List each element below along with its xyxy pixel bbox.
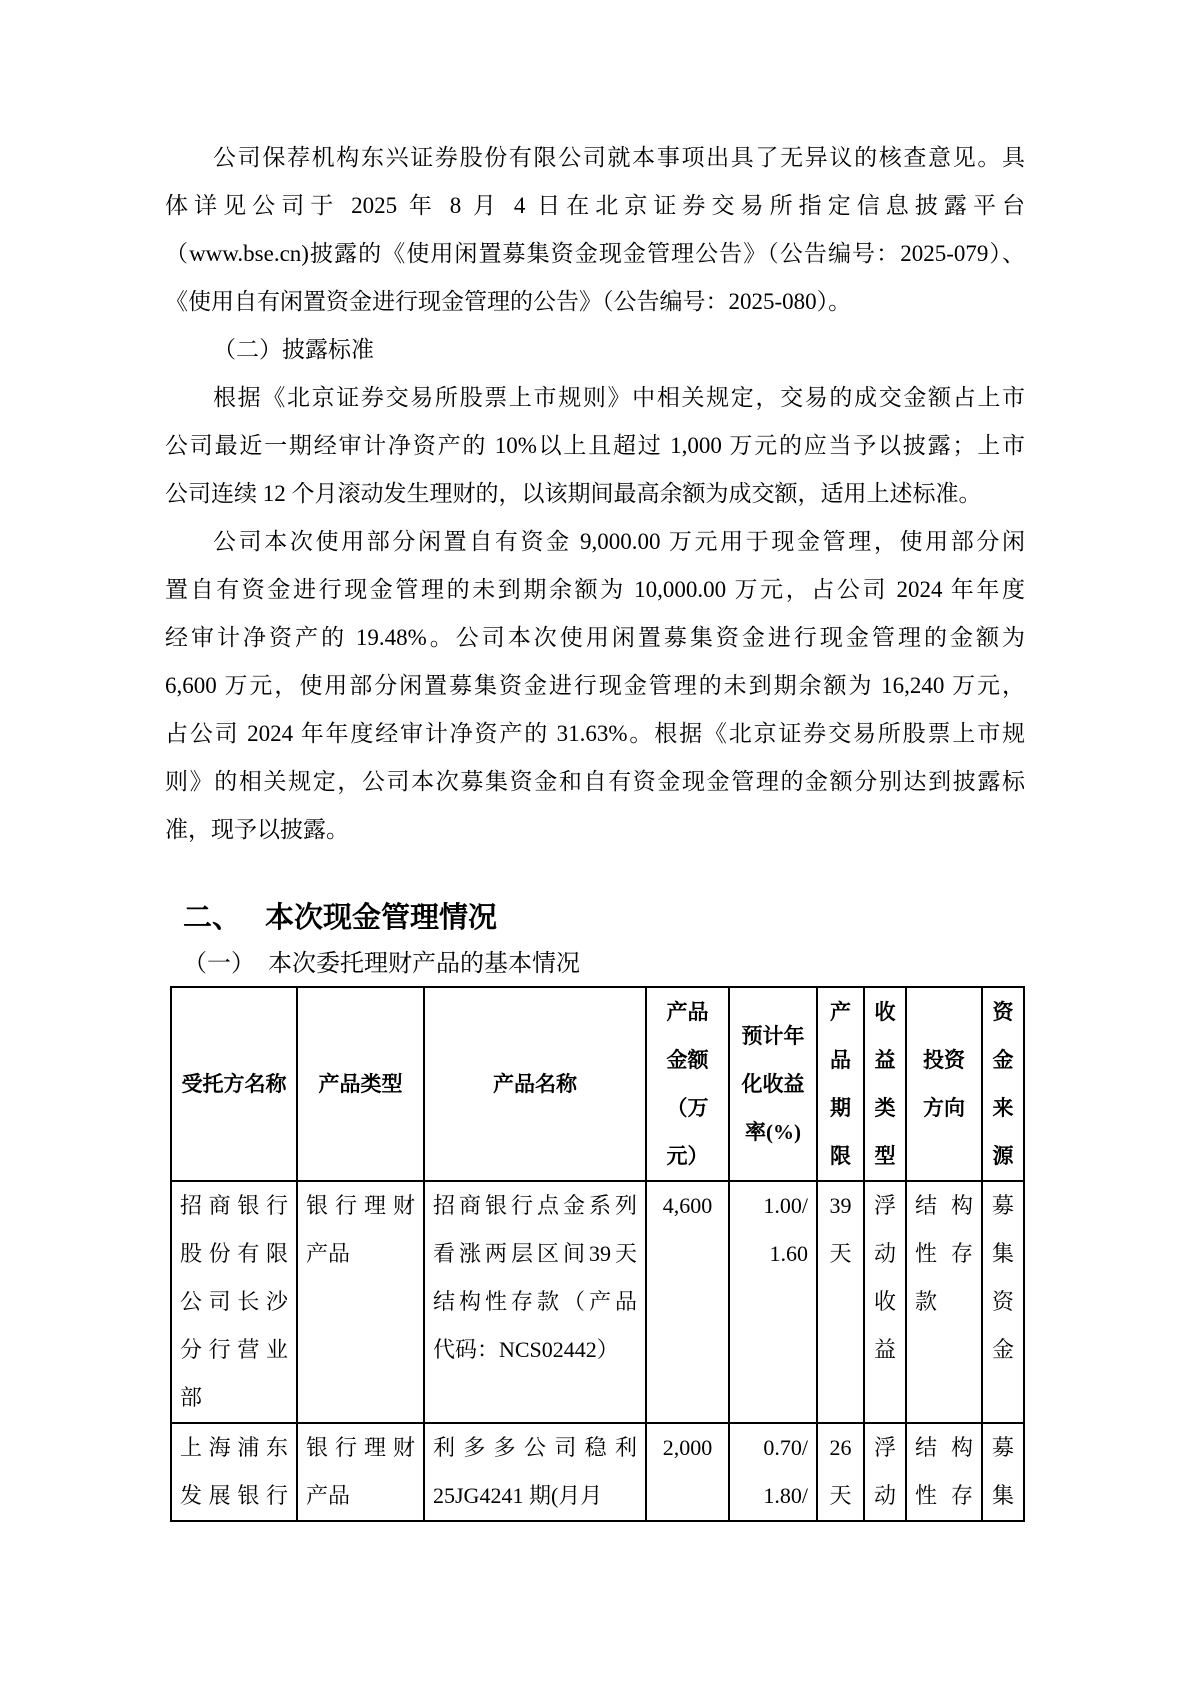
cell-product-name: 利多多公司稳利25JG4241 期(月月	[424, 1423, 646, 1521]
cell-line: 动	[873, 1472, 897, 1520]
cell-line: 性存	[915, 1230, 973, 1278]
cell-line: 招商银行点金系列	[433, 1182, 637, 1230]
cell-line: 产品	[655, 988, 720, 1036]
body-line: 《使用自有闲置资金进行现金管理的公告》（公告编号：2025-080）。	[165, 278, 1025, 326]
cell-line: （万	[655, 1084, 720, 1132]
cell-line: 看涨两层区间39天	[433, 1230, 637, 1278]
subsection-heading: （一）本次委托理财产品的基本情况	[165, 942, 1025, 986]
cell-income-type: 浮动	[864, 1423, 906, 1521]
cell-line: 天	[826, 1230, 855, 1278]
body-text: 公司保荐机构东兴证券股份有限公司就本事项出具了无异议的核查意见。具体详见公司于 …	[165, 134, 1025, 854]
col-header-income-type: 收益类型	[864, 987, 906, 1181]
cell-line: 集	[991, 1230, 1015, 1278]
col-header-investment-direction: 投资方向	[906, 987, 982, 1181]
cell-line: 投资	[915, 1036, 973, 1084]
col-header-product-type: 产品类型	[297, 987, 424, 1181]
cell-line: 预计年	[738, 1012, 808, 1060]
cell-line: 26	[826, 1424, 855, 1472]
cell-line: 上海浦东	[180, 1424, 288, 1472]
cell-line: 天	[826, 1472, 855, 1520]
cell-line: 1.00/	[738, 1182, 808, 1230]
cell-line: 39	[826, 1182, 855, 1230]
cell-income-type: 浮动收益	[864, 1181, 906, 1423]
subsection-number: （一）	[183, 951, 255, 977]
table-row: 上海浦东发展银行银行理财产品利多多公司稳利25JG4241 期(月月2,0000…	[171, 1423, 1024, 1521]
cell-line: 募	[991, 1182, 1015, 1230]
cell-line: 金	[991, 1036, 1015, 1084]
cell-line: 类	[873, 1084, 897, 1132]
col-header-term: 产品期限	[817, 987, 864, 1181]
cell-line: 产品	[306, 1230, 415, 1278]
body-line: 公司连续 12 个月滚动发生理财的，以该期间最高余额为成交额，适用上述标准。	[165, 470, 1025, 518]
wealth-products-table: 受托方名称产品类型产品名称产品金额（万元）预计年化收益率(%)产品期限收益类型投…	[170, 986, 1025, 1522]
cell-line: 结构性存款（产品	[433, 1278, 637, 1326]
page-content: 公司保荐机构东兴证券股份有限公司就本事项出具了无异议的核查意见。具体详见公司于 …	[165, 134, 1025, 1522]
section-title: 本次现金管理情况	[265, 902, 497, 934]
cell-line: 收	[873, 988, 897, 1036]
col-header-fund-source: 资金来源	[982, 987, 1024, 1181]
cell-amount: 4,600	[646, 1181, 729, 1423]
cell-line: 公司长沙	[180, 1278, 288, 1326]
body-line: 6,600 万元，使用部分闲置募集资金进行现金管理的未到期余额为 16,240 …	[165, 662, 1025, 710]
cell-line: 0.70/	[738, 1424, 808, 1472]
cell-line: 金额	[655, 1036, 720, 1084]
cell-amount: 2,000	[646, 1423, 729, 1521]
cell-fund-source: 募集	[982, 1423, 1024, 1521]
cell-line: 产	[826, 988, 855, 1036]
body-line: （二）披露标准	[165, 326, 1025, 374]
cell-line: 产品类型	[306, 1060, 415, 1108]
body-line: 公司本次使用部分闲置自有资金 9,000.00 万元用于现金管理，使用部分闲	[165, 518, 1025, 566]
cell-product-name: 招商银行点金系列看涨两层区间39天结构性存款（产品代码：NCS02442）	[424, 1181, 646, 1423]
subsection-title: 本次委托理财产品的基本情况	[268, 951, 580, 977]
cell-line: 募	[991, 1424, 1015, 1472]
cell-line: 股份有限	[180, 1230, 288, 1278]
cell-product-type: 银行理财产品	[297, 1423, 424, 1521]
cell-fund-source: 募集资金	[982, 1181, 1024, 1423]
cell-line: 款	[915, 1278, 973, 1326]
cell-line: 益	[873, 1326, 897, 1374]
cell-term: 26天	[817, 1423, 864, 1521]
cell-line: 结构	[915, 1182, 973, 1230]
cell-line: 银行理财	[306, 1182, 415, 1230]
cell-line: 品	[826, 1036, 855, 1084]
cell-line: 招商银行	[180, 1182, 288, 1230]
body-line: 占公司 2024 年年度经审计净资产的 31.63%。根据《北京证券交易所股票上…	[165, 710, 1025, 758]
cell-line: 收	[873, 1278, 897, 1326]
cell-line: 4,600	[655, 1182, 720, 1230]
cell-line: 利多多公司稳利	[433, 1424, 637, 1472]
cell-line: 金	[991, 1326, 1015, 1374]
cell-line: 银行理财	[306, 1424, 415, 1472]
cell-line: 2,000	[655, 1424, 720, 1472]
col-header-product-name: 产品名称	[424, 987, 646, 1181]
cell-line: 方向	[915, 1084, 973, 1132]
cell-line: 1.80/	[738, 1472, 808, 1520]
cell-product-type: 银行理财产品	[297, 1181, 424, 1423]
cell-line: 来	[991, 1084, 1015, 1132]
cell-expected-yield: 1.00/1.60	[729, 1181, 817, 1423]
cell-line: 限	[826, 1132, 855, 1180]
cell-line: 化收益	[738, 1060, 808, 1108]
cell-line: 结构	[915, 1424, 973, 1472]
cell-line: 产品	[306, 1472, 415, 1520]
body-line: 准，现予以披露。	[165, 806, 1025, 854]
body-line: 根据《北京证券交易所股票上市规则》中相关规定，交易的成交金额占上市	[165, 374, 1025, 422]
cell-line: 部	[180, 1374, 288, 1422]
cell-investment-direction: 结构性存	[906, 1423, 982, 1521]
document-page: 公司保荐机构东兴证券股份有限公司就本事项出具了无异议的核查意见。具体详见公司于 …	[0, 0, 1190, 1683]
cell-line: 期	[826, 1084, 855, 1132]
body-line: 则》的相关规定，公司本次募集资金和自有资金现金管理的金额分别达到披露标	[165, 758, 1025, 806]
cell-line: 性存	[915, 1472, 973, 1520]
body-line: 置自有资金进行现金管理的未到期余额为 10,000.00 万元，占公司 2024…	[165, 566, 1025, 614]
cell-line: 率(%)	[738, 1108, 808, 1156]
cell-expected-yield: 0.70/1.80/	[729, 1423, 817, 1521]
cell-investment-direction: 结构性存款	[906, 1181, 982, 1423]
cell-line: 浮	[873, 1182, 897, 1230]
cell-trustee: 招商银行股份有限公司长沙分行营业部	[171, 1181, 297, 1423]
table-header-row: 受托方名称产品类型产品名称产品金额（万元）预计年化收益率(%)产品期限收益类型投…	[171, 987, 1024, 1181]
col-header-trustee: 受托方名称	[171, 987, 297, 1181]
col-header-amount: 产品金额（万元）	[646, 987, 729, 1181]
body-line: （www.bse.cn)披露的《使用闲置募集资金现金管理公告》（公告编号：202…	[165, 230, 1025, 278]
cell-line: 资	[991, 1278, 1015, 1326]
cell-line: 益	[873, 1036, 897, 1084]
cell-line: 型	[873, 1132, 897, 1180]
cell-trustee: 上海浦东发展银行	[171, 1423, 297, 1521]
cell-line: 产品名称	[433, 1060, 637, 1108]
col-header-expected-yield: 预计年化收益率(%)	[729, 987, 817, 1181]
cell-line: 集	[991, 1472, 1015, 1520]
table-row: 招商银行股份有限公司长沙分行营业部银行理财产品招商银行点金系列看涨两层区间39天…	[171, 1181, 1024, 1423]
body-line: 公司保荐机构东兴证券股份有限公司就本事项出具了无异议的核查意见。具	[165, 134, 1025, 182]
cell-line: 源	[991, 1132, 1015, 1180]
body-line: 体详见公司于 2025 年 8 月 4 日在北京证券交易所指定信息披露平台	[165, 182, 1025, 230]
section-heading: 二、本次现金管理情况	[165, 894, 1025, 942]
body-line: 经审计净资产的 19.48%。公司本次使用闲置募集资金进行现金管理的金额为	[165, 614, 1025, 662]
cell-line: 元）	[655, 1132, 720, 1180]
cell-line: 25JG4241 期(月月	[433, 1472, 637, 1520]
cell-line: 代码：NCS02442）	[433, 1326, 637, 1374]
cell-term: 39天	[817, 1181, 864, 1423]
body-line: 公司最近一期经审计净资产的 10%以上且超过 1,000 万元的应当予以披露；上…	[165, 422, 1025, 470]
cell-line: 动	[873, 1230, 897, 1278]
cell-line: 发展银行	[180, 1472, 288, 1520]
section-number: 二、	[183, 902, 241, 934]
cell-line: 浮	[873, 1424, 897, 1472]
cell-line: 1.60	[738, 1230, 808, 1278]
cell-line: 资	[991, 988, 1015, 1036]
cell-line: 分行营业	[180, 1326, 288, 1374]
cell-line: 受托方名称	[180, 1060, 288, 1108]
